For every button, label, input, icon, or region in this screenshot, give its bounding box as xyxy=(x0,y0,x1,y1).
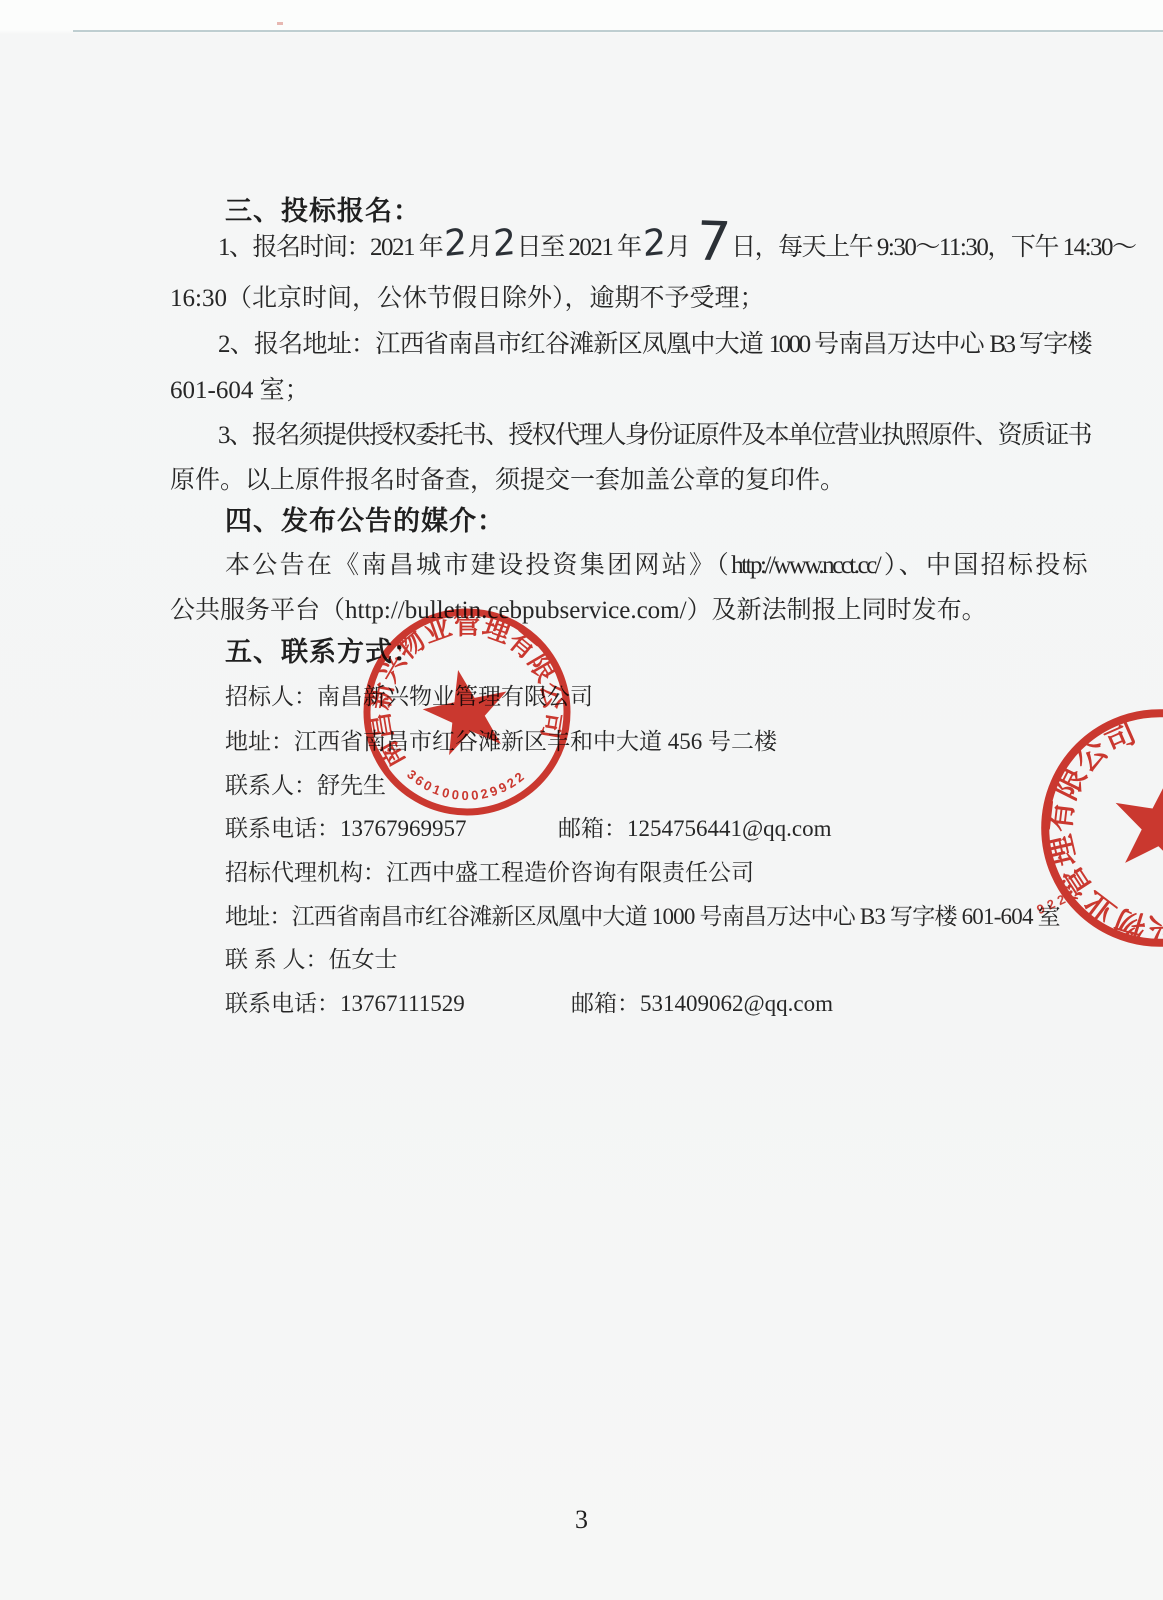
section4-heading: 四、发布公告的媒介： xyxy=(225,504,505,538)
company-seal-stamp: 南昌新兴物业管理有限公司 3601000029922 xyxy=(331,576,604,849)
agency-address: 地址：江西省南昌市红谷滩新区凤凰中大道 1000 号南昌万达中心 B3 写字楼 … xyxy=(225,900,1060,934)
scan-artifact-speck xyxy=(277,22,283,25)
section3-heading: 三、投标报名： xyxy=(225,194,421,228)
item1-line1: 1、报名时间：2021 年2月2日至 2021 年2月 7日，每天上午 9:30… xyxy=(218,231,1136,265)
tenderer-email: 邮箱：1254756441@qq.com xyxy=(558,816,832,841)
item1-text: 1、报名时间：2021 年 xyxy=(218,234,442,261)
section4-line1: 本公告在《南昌城市建设投资集团网站》（http://www.ncct.cc/）、… xyxy=(225,549,1085,583)
handwritten-month-2: 2 xyxy=(641,243,666,246)
svg-text:3601000029922: 3601000029922 xyxy=(402,744,531,817)
section4-line2: 公共服务平台（http://bulletin.cebpubservice.com… xyxy=(170,594,987,628)
seal-star-icon xyxy=(1090,762,1163,898)
seal-serial-number: 3601000029922 xyxy=(402,744,531,817)
item1-line2: 16:30（北京时间，公休节假日除外），逾期不予受理； xyxy=(170,282,764,316)
handwritten-month-1: 2 xyxy=(442,243,467,246)
item2-line2: 601-604 室； xyxy=(170,374,310,408)
scan-artifact-line xyxy=(73,30,1163,32)
item3-line2: 原件。以上原件报名时备查，须提交一套加盖公章的复印件。 xyxy=(170,464,845,498)
handwritten-day-1: 2 xyxy=(491,243,516,246)
agency-contact: 联 系 人：伍女士 xyxy=(225,943,398,977)
agency-phone: 联系电话：13767111529 xyxy=(225,987,571,1021)
scanned-document-page: { "page": { "number": "3" }, "doc": { "s… xyxy=(0,0,1163,1600)
item3-line1: 3、报名须提供授权委托书、授权代理人身份证原件及本单位营业执照原件、资质证书 xyxy=(218,419,1090,453)
item2-line1: 2、报名地址：江西省南昌市红谷滩新区凤凰中大道 1000 号南昌万达中心 B3 … xyxy=(218,328,1090,362)
page-number: 3 xyxy=(0,1505,1163,1535)
agency-email: 邮箱：531409062@qq.com xyxy=(571,991,833,1016)
agency-name: 招标代理机构：江西中盛工程造价咨询有限责任公司 xyxy=(225,856,754,890)
agency-phone-email: 联系电话：13767111529邮箱：531409062@qq.com xyxy=(225,987,833,1021)
seal-star-icon xyxy=(416,661,517,758)
tenderer-phone-email: 联系电话：13767969957邮箱：1254756441@qq.com xyxy=(225,812,832,846)
handwritten-day-2: 7 xyxy=(694,241,731,242)
